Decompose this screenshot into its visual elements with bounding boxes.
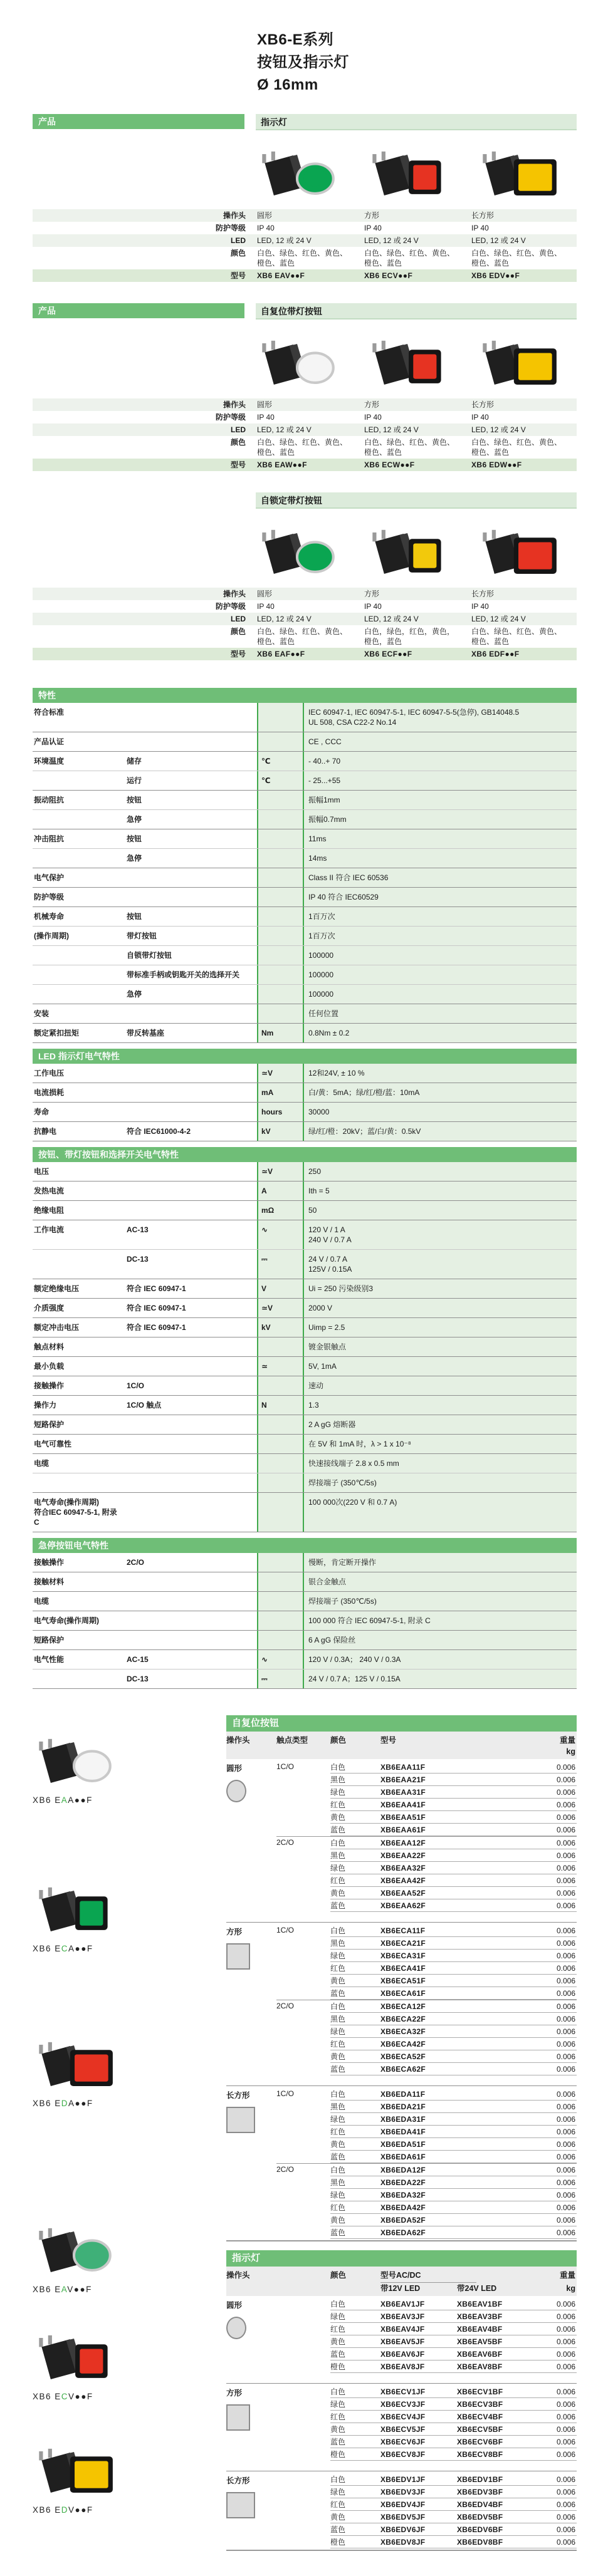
col-header-operator: 操作头	[226, 2270, 330, 2283]
cell-model-24v: XB6EDV4BF	[457, 2500, 529, 2509]
spec-value: Ith = 5	[303, 1182, 577, 1200]
product-section: 产品自复位带灯按钮操作头圆形方形长方形防护等级IP 40IP 40IP 40LE…	[33, 303, 577, 471]
spec-sublabel: 2C/O	[125, 1553, 257, 1572]
spec-unit	[257, 1435, 303, 1453]
contact-rows: 白色XB6EAA11F0.006黑色XB6EAA21F0.006绿色XB6EAA…	[330, 1761, 577, 1836]
spec-label: 符合标准	[33, 703, 125, 732]
spec-label: 接触材料	[33, 1572, 125, 1591]
spec-value: - 40..+ 70	[303, 752, 577, 771]
indicator-table-head: 操作头 颜色 型号AC/DC 重量 带12V LED 带24V LED kg	[226, 2267, 577, 2296]
caption-suffix: A●●F	[68, 1944, 93, 1953]
shape-group: 方形白色XB6ECV1JFXB6ECV1BF0.006绿色XB6ECV3JFXB…	[226, 2383, 577, 2461]
spec-unit	[257, 1337, 303, 1356]
table-row: 蓝色XB6EAA61F0.006	[330, 1824, 577, 1836]
table-row: 白色XB6EAA12F0.006	[330, 1837, 577, 1849]
spec-label: 电气可靠性	[33, 1435, 125, 1453]
spec-row: 电气寿命(操作周期)符合IEC 60947-5-1, 附录 C100 000次(…	[33, 1492, 577, 1532]
col-header-weight-unit: kg	[529, 1746, 577, 1757]
spec-sublabel	[125, 1631, 257, 1649]
spec-sublabel: 1C/O	[125, 1376, 257, 1395]
table-row: 黄色XB6EAA51F0.006	[330, 1811, 577, 1824]
table-row: 橙色XB6ECV8JFXB6ECV8BF0.006	[330, 2448, 577, 2461]
cell-weight: 0.006	[529, 2102, 577, 2111]
col-header-color: 颜色	[330, 2270, 380, 2283]
attr-label: 颜色	[33, 248, 254, 268]
spec-row: 焊接端子 (350℃/5s)	[33, 1473, 577, 1492]
spec-unit	[257, 829, 303, 848]
spec-unit: mA	[257, 1083, 303, 1102]
catalog-photo: XB6 ECA●●F	[33, 1881, 226, 1953]
spec-sublabel	[125, 1064, 257, 1083]
spec-row: 产品认证CE , CCC	[33, 732, 577, 751]
spec-value: 24 V / 0.7 A125V / 0.15A	[303, 1250, 577, 1279]
cell-weight: 0.006	[529, 1889, 577, 1898]
attr-value: LED, 12 或 24 V	[469, 425, 577, 435]
attr-value: 长方形	[469, 210, 577, 221]
shape-cell: 方形	[226, 1924, 276, 2075]
spec-value: 绿/红/橙：20kV；蓝/白/黄：0.5kV	[303, 1122, 577, 1141]
spec-sublabel	[125, 1493, 257, 1532]
spec-value: 镀金银触点	[303, 1337, 577, 1356]
caption-prefix: XB6 E	[33, 2285, 61, 2294]
spec-row: 振动阻抗按钮振幅1mm	[33, 790, 577, 809]
cell-model: XB6EAA62F	[380, 1901, 529, 1910]
spec-label	[33, 849, 125, 868]
cell-model-24v: XB6ECV6BF	[457, 2438, 529, 2446]
spec-value: 2 A gG 熔断器	[303, 1415, 577, 1434]
attr-label: LED	[33, 614, 254, 624]
spec-label: 发热电流	[33, 1182, 125, 1200]
pushbutton-photo-svg	[366, 335, 449, 395]
table-row: 蓝色XB6EDV6JFXB6EDV6BF0.006	[330, 2523, 577, 2536]
table-row: 橙色XB6EDV8JFXB6EDV8BF0.006	[330, 2536, 577, 2548]
table-row: 黄色XB6EDA51F0.006	[330, 2138, 577, 2151]
product-attr-row: 防护等级IP 40IP 40IP 40	[33, 600, 577, 613]
spec-sublabel: 储存	[125, 752, 257, 771]
product-attr-row: 型号XB6 EAV●●FXB6 ECV●●FXB6 EDV●●F	[33, 269, 577, 282]
cell-weight: 0.006	[529, 1976, 577, 1985]
spec-sublabel: DC-13	[125, 1250, 257, 1279]
spec-unit: ⎓	[257, 1250, 303, 1279]
contact-block: 2C/O白色XB6ECA12F0.006黑色XB6ECA22F0.006绿色XB…	[276, 2000, 577, 2075]
table-row: 黑色XB6EDA22F0.006	[330, 2176, 577, 2189]
attr-value: 方形	[362, 400, 469, 410]
attr-value: LED, 12 或 24 V	[362, 236, 469, 246]
shape-rect-icon	[226, 2492, 255, 2518]
spec-unit	[257, 907, 303, 926]
cell-color: 蓝色	[330, 2227, 380, 2238]
spec-value: 250	[303, 1162, 577, 1181]
spec-unit	[257, 868, 303, 887]
spec-sublabel	[125, 1592, 257, 1611]
table-row: 黄色XB6ECA51F0.006	[330, 1975, 577, 1987]
caption-accent: D	[61, 2099, 68, 2108]
product-section: 自锁定带灯按钮操作头圆形方形长方形防护等级IP 40IP 40IP 40LEDL…	[33, 492, 577, 660]
contact-type: 2C/O	[276, 1837, 330, 1912]
table-row: 红色XB6EDA42F0.006	[330, 2201, 577, 2214]
catalog-photo-square-icon	[33, 2329, 226, 2389]
series-title: XB6-E系列	[257, 29, 608, 51]
pushbutton-photo-svg	[256, 335, 338, 395]
attr-value: IP 40	[469, 223, 577, 233]
spec-unit: N	[257, 1396, 303, 1415]
spec-label	[33, 946, 125, 965]
spec-label: 电气寿命(操作周期)符合IEC 60947-5-1, 附录 C	[33, 1493, 125, 1532]
spec-sublabel: 急停	[125, 985, 257, 1004]
table-row: 黄色XB6EAA52F0.006	[330, 1887, 577, 1899]
pushbutton-photo-svg	[366, 524, 449, 584]
product-attr-row: 型号XB6 EAF●●FXB6 ECF●●FXB6 EDF●●F	[33, 648, 577, 660]
spec-row: 急停100000	[33, 984, 577, 1004]
cell-model: XB6ECA21F	[380, 1939, 529, 1948]
spec-sublabel	[125, 1337, 257, 1356]
spec-sublabel	[125, 1182, 257, 1200]
spec-section-title: LED 指示灯电气特性	[33, 1049, 577, 1064]
catalog-photo-caption: XB6 EDA●●F	[33, 2099, 226, 2108]
attr-model-value: XB6 ECV●●F	[362, 271, 469, 281]
spec-row: 介质强度符合 IEC 60947-1≃V2000 V	[33, 1298, 577, 1317]
cell-color: 黄色	[330, 1812, 380, 1822]
cell-model-12v: XB6EAV1JF	[380, 2300, 457, 2309]
contact-type: 2C/O	[276, 2164, 330, 2239]
attr-value: 白色，绿色，红色，黄色，橙色，蓝色	[362, 626, 469, 647]
product-attr-row: 操作头圆形方形长方形	[33, 209, 577, 222]
spec-row: 电气保护Class II 符合 IEC 60536	[33, 868, 577, 887]
cell-model-12v: XB6ECV8JF	[380, 2450, 457, 2459]
spec-row: DC-13⎓24 V / 0.7 A；125 V / 0.15A	[33, 1669, 577, 1688]
shape-circle-icon	[226, 2317, 246, 2339]
cell-color: 黑色	[330, 1938, 380, 1948]
cell-color: 红色	[330, 1875, 380, 1886]
product-sections: 产品指示灯操作头圆形方形长方形防护等级IP 40IP 40IP 40LEDLED…	[33, 114, 577, 660]
spec-row: 接触操作1C/O速动	[33, 1376, 577, 1395]
cell-color: 白色	[330, 2474, 380, 2485]
spec-sublabel: 按钮	[125, 829, 257, 848]
spec-sublabel: 按钮	[125, 791, 257, 809]
cell-model-24v: XB6EDV1BF	[457, 2475, 529, 2484]
cell-weight: 0.006	[529, 2538, 577, 2547]
attr-model-value: XB6 EAW●●F	[254, 460, 362, 470]
cell-model: XB6ECA42F	[380, 2040, 529, 2049]
cell-model-12v: XB6ECV3JF	[380, 2400, 457, 2409]
attr-value: 圆形	[254, 210, 362, 221]
spec-row: 急停14ms	[33, 848, 577, 868]
shape-square-icon	[226, 2404, 250, 2431]
shape-label: 长方形	[226, 2088, 276, 2101]
catalog-photo: XB6 EAA●●F	[33, 1733, 226, 1805]
product-section: 产品指示灯操作头圆形方形长方形防护等级IP 40IP 40IP 40LEDLED…	[33, 114, 577, 282]
cell-weight: 0.006	[529, 2178, 577, 2187]
spec-label: 机械寿命	[33, 907, 125, 926]
product-attr-row: LEDLED, 12 或 24 VLED, 12 或 24 VLED, 12 或…	[33, 613, 577, 625]
col-header-contact-type: 触点类型	[276, 1735, 330, 1746]
table-row: 蓝色XB6ECA61F0.006	[330, 1987, 577, 2000]
table-row: 蓝色XB6ECV6JFXB6ECV6BF0.006	[330, 2436, 577, 2448]
product-attr-table: 操作头圆形方形长方形防护等级IP 40IP 40IP 40LEDLED, 12 …	[33, 588, 577, 660]
spec-row: 操作力1C/O 触点N1.3	[33, 1395, 577, 1415]
spec-value: - 25...+55	[303, 771, 577, 790]
cell-model-24v: XB6ECV4BF	[457, 2412, 529, 2421]
cell-model-24v: XB6EAV5BF	[457, 2337, 529, 2346]
cell-model-12v: XB6EAV3JF	[380, 2312, 457, 2321]
spec-unit: ≃	[257, 1357, 303, 1376]
cell-color: 黄色	[330, 2215, 380, 2225]
spec-sublabel: 带灯按钮	[125, 927, 257, 945]
spec-unit	[257, 1004, 303, 1023]
shape-label: 方形	[226, 2386, 330, 2398]
product-attr-row: 型号XB6 EAW●●FXB6 ECW●●FXB6 EDW●●F	[33, 459, 577, 471]
cell-model-24v: XB6EDV5BF	[457, 2513, 529, 2521]
table-row: 橙色XB6EAV8JFXB6EAV8BF0.006	[330, 2360, 577, 2373]
spec-table: 电压≃V250发热电流AIth = 5绝缘电阻mΩ50工作电流AC-13∿120…	[33, 1162, 577, 1532]
spec-unit	[257, 810, 303, 829]
cell-weight: 0.006	[529, 2488, 577, 2496]
spec-value: 速动	[303, 1376, 577, 1395]
attr-value: LED, 12 或 24 V	[362, 614, 469, 624]
caption-suffix: A●●F	[68, 2099, 93, 2108]
spec-label: 电压	[33, 1162, 125, 1181]
cell-weight: 0.006	[529, 2500, 577, 2509]
cell-color: 蓝色	[330, 1988, 380, 1998]
cell-weight: 0.006	[529, 1989, 577, 1998]
cell-color: 白色	[330, 2089, 380, 2099]
spec-row: 短路保护6 A gG 保险丝	[33, 1630, 577, 1649]
cell-weight: 0.006	[529, 2052, 577, 2061]
cell-color: 橙色	[330, 2449, 380, 2459]
cell-color: 绿色	[330, 2486, 380, 2497]
reset-table-head: 操作头 触点类型 颜色 型号 重量 kg	[226, 1732, 577, 1759]
cell-color: 红色	[330, 1799, 380, 1810]
cell-weight: 0.006	[529, 2153, 577, 2161]
spec-row: 防护等级IP 40 符合 IEC60529	[33, 887, 577, 906]
product-photo-rect-icon	[476, 145, 559, 205]
spec-unit: Nm	[257, 1024, 303, 1042]
cell-model: XB6EAA31F	[380, 1788, 529, 1797]
shape-group: 圆形1C/O白色XB6EAA11F0.006黑色XB6EAA21F0.006绿色…	[226, 1759, 577, 1912]
contact-groups: 1C/O白色XB6ECA11F0.006黑色XB6ECA21F0.006绿色XB…	[276, 1924, 577, 2075]
spec-sublabel: 符合 IEC 60947-1	[125, 1279, 257, 1298]
spec-unit	[257, 1592, 303, 1611]
spec-row: 电缆快速接线端子 2.8 x 0.5 mm	[33, 1453, 577, 1473]
cell-model-24v: XB6EAV4BF	[457, 2325, 529, 2334]
cell-color: 绿色	[330, 2114, 380, 2124]
spec-label: 介质强度	[33, 1299, 125, 1317]
indicator-header-sub-row: 带12V LED 带24V LED kg	[226, 2283, 577, 2294]
table-row: 白色XB6ECA11F0.006	[330, 1924, 577, 1937]
cell-weight: 0.006	[529, 1800, 577, 1809]
contact-type: 2C/O	[276, 2000, 330, 2075]
cell-model: XB6EAA21F	[380, 1775, 529, 1784]
spec-row: 额定冲击电压符合 IEC 60947-1kVUimp = 2.5	[33, 1317, 577, 1337]
contact-rows: 白色XB6ECA12F0.006黑色XB6ECA22F0.006绿色XB6ECA…	[330, 2000, 577, 2075]
spec-value: 在 5V 和 1mA 时，λ > 1 x 10⁻⁸	[303, 1435, 577, 1453]
cell-model: XB6ECA22F	[380, 2015, 529, 2023]
cell-weight: 0.006	[529, 2438, 577, 2446]
pushbutton-photo-svg	[33, 2036, 115, 2096]
cell-weight: 0.006	[529, 2350, 577, 2359]
spec-unit	[257, 965, 303, 984]
spec-row: 短路保护2 A gG 熔断器	[33, 1415, 577, 1434]
attr-label: LED	[33, 236, 254, 246]
attr-value: IP 40	[469, 601, 577, 611]
table-row: 绿色XB6EDA31F0.006	[330, 2113, 577, 2126]
spec-value: 100000	[303, 965, 577, 984]
spec-row: 工作电流AC-13∿120 V / 1 A240 V / 0.7 A	[33, 1220, 577, 1249]
table-row: 黄色XB6EDA52F0.006	[330, 2214, 577, 2226]
cell-model: XB6EAA12F	[380, 1839, 529, 1847]
caption-accent: D	[61, 2505, 68, 2515]
cell-model-24v: XB6EAV1BF	[457, 2300, 529, 2309]
spec-unit	[257, 985, 303, 1004]
cell-weight: 0.006	[529, 2450, 577, 2459]
attr-value: 白色、绿色、红色、黄色、橙色、蓝色	[362, 437, 469, 457]
table-row: 黄色XB6ECV5JFXB6ECV5BF0.006	[330, 2423, 577, 2436]
spec-value: 11ms	[303, 829, 577, 848]
cell-model-12v: XB6ECV6JF	[380, 2438, 457, 2446]
spec-table: 接触操作2C/O慢断，肯定断开操作接触材料银合金触点电缆焊接端子 (350℃/5…	[33, 1553, 577, 1689]
spec-label	[33, 1473, 125, 1492]
indicator-rows: 白色XB6ECV1JFXB6ECV1BF0.006绿色XB6ECV3JFXB6E…	[330, 2386, 577, 2461]
products-bar: 产品	[33, 114, 244, 129]
spec-unit: hours	[257, 1103, 303, 1121]
shape-label: 圆形	[226, 2298, 330, 2310]
pushbutton-photo-svg	[33, 2443, 115, 2503]
cell-weight: 0.006	[529, 2140, 577, 2149]
spec-sublabel	[125, 1415, 257, 1434]
spec-sublabel	[125, 1435, 257, 1453]
spec-label: 额定紧扣扭矩	[33, 1024, 125, 1042]
cell-model: XB6EDA61F	[380, 2153, 529, 2161]
product-attr-row: 颜色白色、绿色、红色、黄色、橙色、蓝色白色，绿色，红色，黄色，橙色，蓝色白色、绿…	[33, 625, 577, 648]
col-header-12v-led: 带12V LED	[380, 2283, 457, 2294]
table-row: 蓝色XB6EAV6JFXB6EAV6BF0.006	[330, 2348, 577, 2360]
spec-value: 快速接线端子 2.8 x 0.5 mm	[303, 1454, 577, 1473]
product-attr-row: LEDLED, 12 或 24 VLED, 12 或 24 VLED, 12 或…	[33, 234, 577, 247]
cell-model-12v: XB6EAV4JF	[380, 2325, 457, 2334]
spec-row: 绝缘电阻mΩ50	[33, 1200, 577, 1220]
spacer	[330, 2283, 380, 2294]
cell-weight: 0.006	[529, 2513, 577, 2521]
cell-color: 白色	[330, 1837, 380, 1848]
cell-model: XB6ECA52F	[380, 2052, 529, 2061]
spec-section-title: 按钮、带灯按钮和选择开关电气特性	[33, 1147, 577, 1162]
attr-value: LED, 12 或 24 V	[254, 614, 362, 624]
contact-type: 1C/O	[276, 1924, 330, 2000]
table-row: 绿色XB6EDV3JFXB6EDV3BF0.006	[330, 2486, 577, 2498]
pushbutton-photo-svg	[33, 2329, 115, 2389]
cell-weight: 0.006	[529, 2015, 577, 2023]
col-header-operator: 操作头	[226, 1735, 276, 1746]
spec-sublabel	[125, 1611, 257, 1630]
product-attr-row: 防护等级IP 40IP 40IP 40	[33, 411, 577, 423]
spec-sublabel: AC-13	[125, 1220, 257, 1249]
attr-value: 白色、绿色、红色、黄色、橙色、蓝色	[254, 248, 362, 268]
spec-label: 安装	[33, 1004, 125, 1023]
spec-sublabel: 自锁带灯按钮	[125, 946, 257, 965]
cell-color: 橙色	[330, 2537, 380, 2547]
cell-weight: 0.006	[529, 2216, 577, 2225]
pushbutton-photo-svg	[256, 524, 338, 584]
cell-color: 绿色	[330, 2026, 380, 2037]
table-row: 红色XB6EAA41F0.006	[330, 1799, 577, 1811]
caption-accent: A	[61, 2285, 68, 2294]
spec-sublabel	[125, 1473, 257, 1492]
attr-value: 长方形	[469, 400, 577, 410]
table-row: 绿色XB6EAV3JFXB6EAV3BF0.006	[330, 2310, 577, 2323]
cell-color: 蓝色	[330, 2349, 380, 2359]
spec-row: 带标准手柄或钥匙开关的选择开关100000	[33, 965, 577, 984]
spec-value: 50	[303, 1201, 577, 1220]
cell-model-24v: XB6EAV8BF	[457, 2362, 529, 2371]
product-section-header: 产品自复位带灯按钮	[33, 303, 577, 319]
table-row: 蓝色XB6ECA62F0.006	[330, 2063, 577, 2075]
attr-value: 方形	[362, 589, 469, 599]
caption-suffix: A●●F	[68, 1795, 93, 1805]
caption-accent: C	[61, 1944, 68, 1953]
spec-sublabel: DC-13	[125, 1670, 257, 1688]
attr-label: 颜色	[33, 626, 254, 647]
attr-value: LED, 12 或 24 V	[362, 425, 469, 435]
product-type-header: 自复位带灯按钮	[256, 303, 577, 319]
spec-row: 额定绝缘电压符合 IEC 60947-1VUi = 250 污染级别3	[33, 1279, 577, 1298]
shape-group: 圆形白色XB6EAV1JFXB6EAV1BF0.006绿色XB6EAV3JFXB…	[226, 2296, 577, 2373]
attr-value: IP 40	[362, 412, 469, 422]
spec-row: 运行℃- 25...+55	[33, 771, 577, 790]
cell-weight: 0.006	[529, 1864, 577, 1872]
attr-value: 白色、绿色、红色、黄色、橙色、蓝色	[254, 437, 362, 457]
caption-accent: A	[61, 1795, 68, 1805]
contact-groups: 1C/O白色XB6EDA11F0.006黑色XB6EDA21F0.006绿色XB…	[276, 2088, 577, 2239]
spec-unit	[257, 732, 303, 751]
spec-value: Class II 符合 IEC 60536	[303, 868, 577, 887]
spacer	[380, 1746, 529, 1757]
catalog-photo: XB6 EDV●●F	[33, 2443, 226, 2515]
cell-weight: 0.006	[529, 2040, 577, 2049]
spec-sublabel	[125, 1572, 257, 1591]
reset-table-body: 圆形1C/O白色XB6EAA11F0.006黑色XB6EAA21F0.006绿色…	[226, 1759, 577, 2241]
cell-color: 黑色	[330, 2101, 380, 2112]
spec-unit	[257, 1454, 303, 1473]
spec-row: 发热电流AIth = 5	[33, 1181, 577, 1200]
table-row: 白色XB6EAV1JFXB6EAV1BF0.006	[330, 2298, 577, 2310]
spec-value: 6 A gG 保险丝	[303, 1631, 577, 1649]
spec-row: 电流损耗mA白/黄：5mA；绿/红/橙/蓝：10mA	[33, 1083, 577, 1102]
spec-value: 24 V / 0.7 A；125 V / 0.15A	[303, 1670, 577, 1688]
cell-color: 绿色	[330, 2189, 380, 2200]
table-row: 黄色XB6EDV5JFXB6EDV5BF0.006	[330, 2511, 577, 2523]
product-photo-rect-icon	[476, 524, 559, 584]
spec-row: DC-13⎓24 V / 0.7 A125V / 0.15A	[33, 1249, 577, 1279]
product-photo-square-icon	[366, 145, 449, 205]
spec-unit: kV	[257, 1122, 303, 1141]
spacer	[276, 1746, 330, 1757]
spec-unit: mΩ	[257, 1201, 303, 1220]
spec-label: 电气寿命(操作周期)	[33, 1611, 125, 1630]
spec-label: 额定绝缘电压	[33, 1279, 125, 1298]
spec-label: 电气保护	[33, 868, 125, 887]
table-row: 蓝色XB6EDA62F0.006	[330, 2226, 577, 2239]
cell-weight: 0.006	[529, 2127, 577, 2136]
col-header-24v-led: 带24V LED	[457, 2283, 529, 2294]
cell-model-12v: XB6EAV5JF	[380, 2337, 457, 2346]
cell-color: 黑色	[330, 2013, 380, 2024]
product-photo-square-icon	[366, 524, 449, 584]
spec-value: 2000 V	[303, 1299, 577, 1317]
spec-label: 抗静电	[33, 1122, 125, 1141]
shape-rect-icon	[226, 2107, 255, 2133]
products-bar: 产品	[33, 303, 244, 318]
table-row: 黑色XB6ECA22F0.006	[330, 2013, 577, 2025]
